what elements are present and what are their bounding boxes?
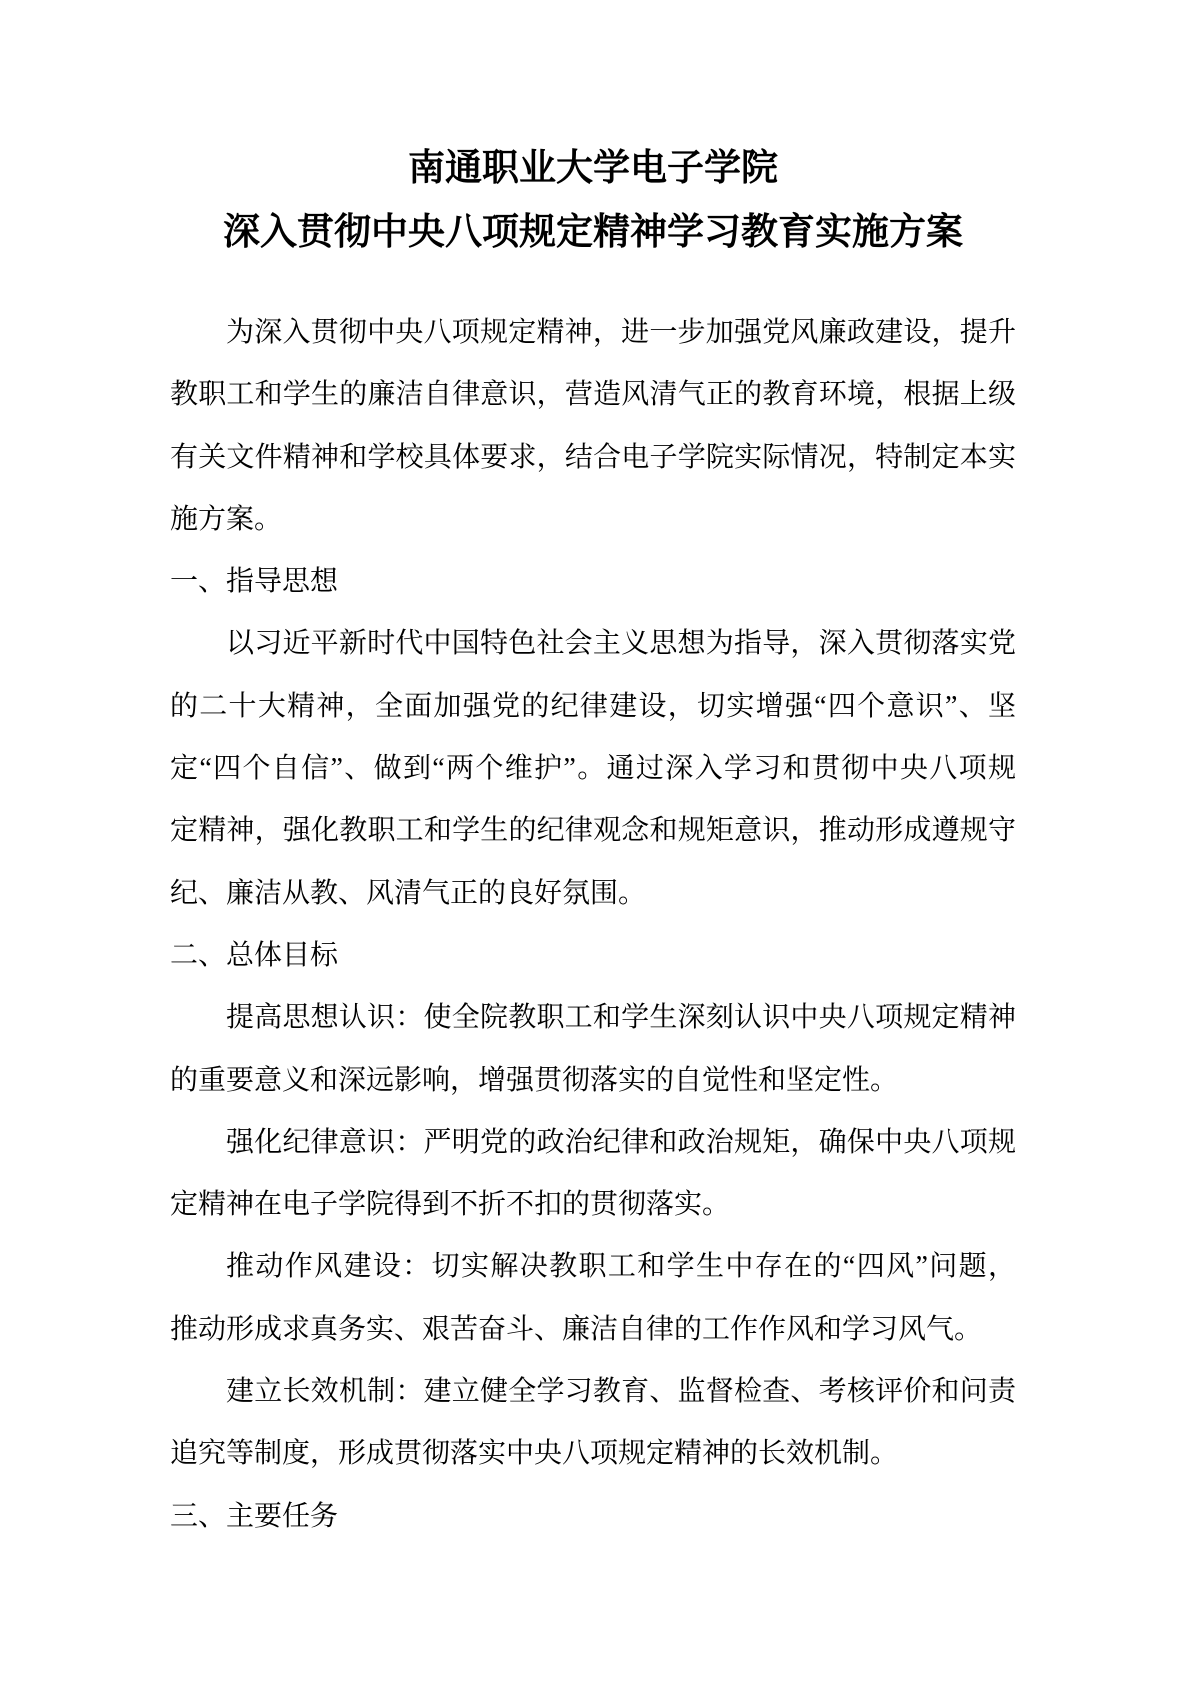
- text-line: 定精神在电子学院得到不折不扣的贯彻落实。: [170, 1174, 1016, 1236]
- text-line: 为深入贯彻中央八项规定精神，进一步加强党风廉政建设，提升: [170, 302, 1016, 364]
- text-line: 提高思想认识：使全院教职工和学生深刻认识中央八项规定精神: [170, 987, 1016, 1049]
- text-line: 教职工和学生的廉洁自律意识，营造风清气正的教育环境，根据上级: [170, 364, 1016, 426]
- text-line: 的二十大精神，全面加强党的纪律建设，切实增强“四个意识”、坚: [170, 676, 1016, 738]
- text-line: 施方案。: [170, 489, 1016, 551]
- section-heading: 三、主要任务: [170, 1486, 1016, 1548]
- text-line: 有关文件精神和学校具体要求，结合电子学院实际情况，特制定本实: [170, 427, 1016, 489]
- section-heading: 一、指导思想: [170, 551, 1016, 613]
- text-line: 追究等制度，形成贯彻落实中央八项规定精神的长效机制。: [170, 1423, 1016, 1485]
- text-line: 的重要意义和深远影响，增强贯彻落实的自觉性和坚定性。: [170, 1050, 1016, 1112]
- text-line: 强化纪律意识：严明党的政治纪律和政治规矩，确保中央八项规: [170, 1112, 1016, 1174]
- page-title: 南通职业大学电子学院: [170, 136, 1016, 200]
- text-line: 定精神，强化教职工和学生的纪律观念和规矩意识，推动形成遵规守: [170, 800, 1016, 862]
- page-subtitle: 深入贯彻中央八项规定精神学习教育实施方案: [170, 200, 1016, 264]
- text-line: 定“四个自信”、做到“两个维护”。通过深入学习和贯彻中央八项规: [170, 738, 1016, 800]
- document-title: 南通职业大学电子学院 深入贯彻中央八项规定精神学习教育实施方案: [170, 136, 1016, 264]
- body-lines: 为深入贯彻中央八项规定精神，进一步加强党风廉政建设，提升教职工和学生的廉洁自律意…: [170, 302, 1016, 1548]
- text-line: 推动形成求真务实、艰苦奋斗、廉洁自律的工作作风和学习风气。: [170, 1299, 1016, 1361]
- document-page: 南通职业大学电子学院 深入贯彻中央八项规定精神学习教育实施方案 为深入贯彻中央八…: [0, 0, 1191, 1684]
- section-heading: 二、总体目标: [170, 925, 1016, 987]
- text-line: 推动作风建设：切实解决教职工和学生中存在的“四风”问题，: [170, 1236, 1016, 1298]
- text-line: 建立长效机制：建立健全学习教育、监督检查、考核评价和问责: [170, 1361, 1016, 1423]
- text-line: 纪、廉洁从教、风清气正的良好氛围。: [170, 863, 1016, 925]
- text-line: 以习近平新时代中国特色社会主义思想为指导，深入贯彻落实党: [170, 613, 1016, 675]
